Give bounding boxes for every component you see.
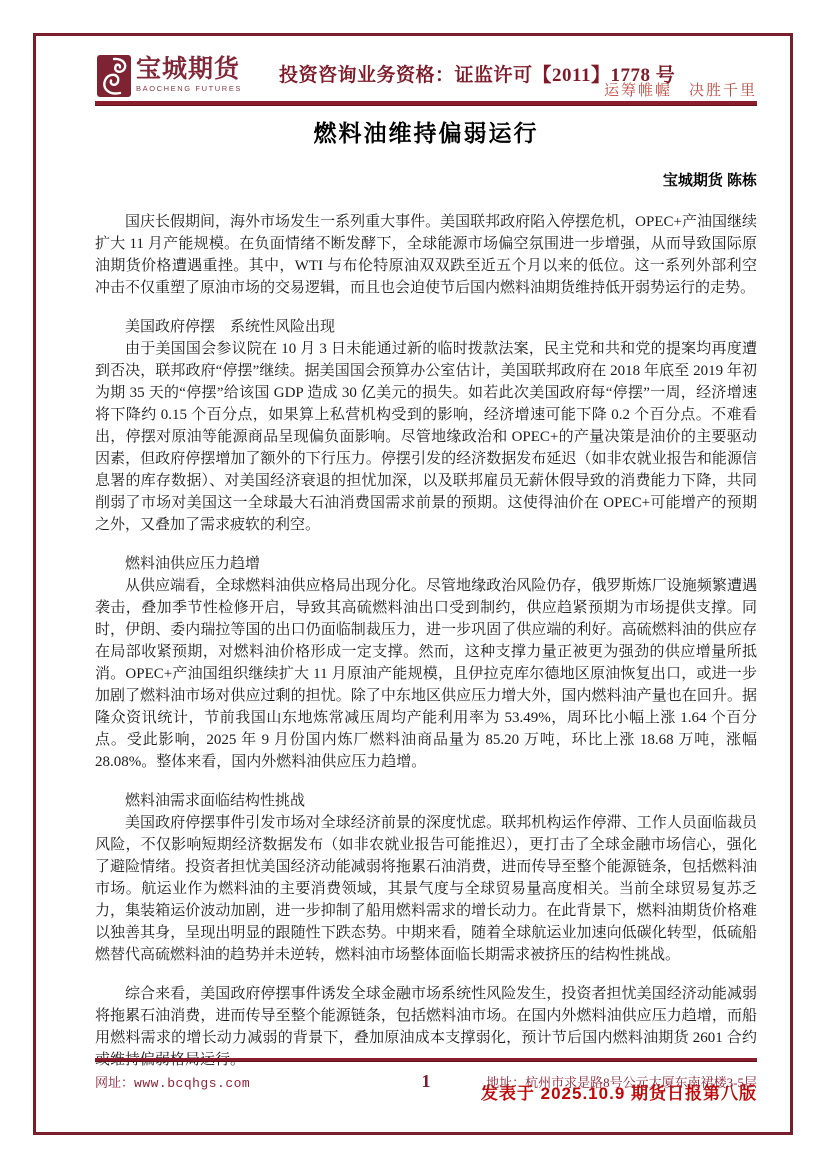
- brand-text-block: 宝城期货 BAOCHENG FUTURES: [136, 55, 242, 93]
- website-block: 网址：www.bcqhgs.com: [95, 1072, 414, 1091]
- section-heading: 燃料油供应压力趋增: [95, 553, 757, 575]
- page-number: 1: [414, 1071, 439, 1092]
- header-divider: [95, 101, 757, 106]
- website-label: 网址：: [95, 1075, 134, 1090]
- website-url[interactable]: www.bcqhgs.com: [134, 1076, 250, 1091]
- slogan-text: 运筹帷幄 决胜千里: [604, 79, 757, 100]
- footer-row: 网址：www.bcqhgs.com 1 地址：杭州市求是路8号公元大厦东南裙楼3…: [95, 1071, 757, 1092]
- paragraph: 国庆长假期间，海外市场发生一系列重大事件。美国联邦政府陷入停摆危机，OPEC+产…: [95, 211, 757, 299]
- address-text: 地址：杭州市求是路8号公元大厦东南裙楼3-5层: [439, 1072, 758, 1091]
- section-heading: 燃料油需求面临结构性挑战: [95, 790, 757, 812]
- footer-divider: [95, 1058, 757, 1062]
- page-footer: 网址：www.bcqhgs.com 1 地址：杭州市求是路8号公元大厦东南裙楼3…: [95, 1058, 757, 1092]
- article-title: 燃料油维持偏弱运行: [95, 115, 757, 148]
- page-content: 宝城期货 BAOCHENG FUTURES 投资咨询业务资格：证监许可【2011…: [95, 36, 757, 1104]
- article-body: 国庆长假期间，海外市场发生一系列重大事件。美国联邦政府陷入停摆危机，OPEC+产…: [95, 211, 757, 1071]
- section-heading: 美国政府停摆 系统性风险出现: [95, 316, 757, 338]
- brand-name-cn: 宝城期货: [136, 57, 242, 83]
- baocheng-logo: 宝城期货 BAOCHENG FUTURES: [97, 55, 242, 97]
- baocheng-swirl-icon: [97, 55, 131, 97]
- article-byline: 宝城期货 陈栋: [95, 169, 757, 190]
- paragraph: 美国政府停摆事件引发市场对全球经济前景的深度忧虑。联邦机构运作停滞、工作人员面临…: [95, 812, 757, 966]
- report-header: 宝城期货 BAOCHENG FUTURES 投资咨询业务资格：证监许可【2011…: [95, 36, 757, 101]
- paragraph: 从供应端看，全球燃料油供应格局出现分化。尽管地缘政治风险仍存，俄罗斯炼厂设施频繁…: [95, 575, 757, 773]
- brand-name-en: BAOCHENG FUTURES: [136, 84, 242, 93]
- paragraph: 由于美国国会参议院在 10 月 3 日未能通过新的临时拨款法案，民主党和共和党的…: [95, 338, 757, 536]
- page-frame: 宝城期货 BAOCHENG FUTURES 投资咨询业务资格：证监许可【2011…: [33, 33, 793, 1135]
